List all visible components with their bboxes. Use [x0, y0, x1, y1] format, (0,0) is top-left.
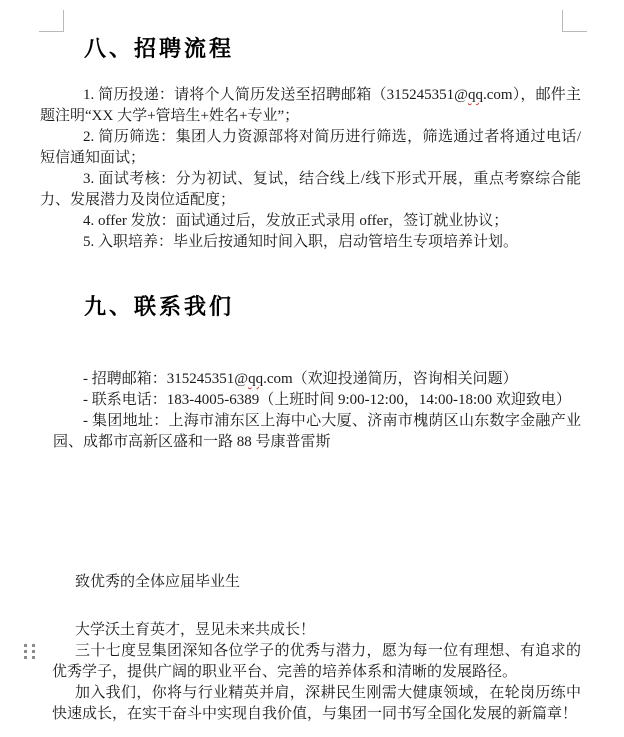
- letter-body: 大学沃土育英才，昱见未来共成长！ 三十七度昱集团深知各位学子的优秀与潜力，愿为每…: [52, 620, 581, 725]
- email-address: 315245351@: [387, 87, 468, 103]
- page-corner-mark-top-left-horizontal: [39, 31, 64, 32]
- contact-item-phone: - 联系电话：183-4005-6389（上班时间 9:00-12:00，14:…: [53, 390, 581, 411]
- contact-item-address: - 集团地址：上海市浦东区上海中心大厦、济南市槐荫区山东数字金融产业园、成都市高…: [53, 411, 581, 453]
- email-address: 315245351@: [167, 371, 248, 387]
- section-heading-contact-us: 九、联系我们: [84, 294, 234, 320]
- letter-paragraph-slogan: 大学沃土育英才，昱见未来共成长！: [52, 620, 581, 641]
- document-page: 八、招聘流程 1. 简历投递：请将个人简历发送至招聘邮箱（315245351@q…: [0, 0, 624, 737]
- letter-paragraph-promise: 三十七度昱集团深知各位学子的优秀与潜力，愿为每一位有理想、有追求的优秀学子，提供…: [52, 641, 581, 683]
- section-heading-recruitment-process: 八、招聘流程: [84, 36, 234, 62]
- contact-item-email: - 招聘邮箱：315245351@qq.com（欢迎投递简历，咨询相关问题）: [53, 369, 581, 390]
- list-item-onboarding-training: 5. 入职培养：毕业后按通知时间入职，启动管培生专项培养计划。: [40, 232, 581, 253]
- letter-salutation: 致优秀的全体应届毕业生: [75, 572, 240, 593]
- list-item-interview-assessment: 3. 面试考核：分为初试、复试，结合线上/线下形式开展，重点考察综合能力、发展潜…: [40, 169, 581, 211]
- contact-info-list: - 招聘邮箱：315245351@qq.com（欢迎投递简历，咨询相关问题） -…: [53, 369, 581, 453]
- drag-handle-dot: [24, 656, 27, 659]
- contact-item-text: （欢迎投递简历，咨询相关问题）: [293, 371, 518, 387]
- paragraph-drag-handle-icon[interactable]: [24, 644, 35, 659]
- drag-handle-dot: [24, 644, 27, 647]
- list-item-resume-screening: 2. 简历筛选：集团人力资源部将对简历进行筛选，筛选通过者将通过电话/短信通知面…: [40, 127, 581, 169]
- letter-paragraph-invitation: 加入我们，你将与行业精英并肩，深耕民生刚需大健康领域，在轮岗历练中快速成长，在实…: [52, 683, 581, 725]
- drag-handle-dot: [32, 650, 35, 653]
- drag-handle-dot: [24, 650, 27, 653]
- email-address-tld: .com: [263, 371, 293, 387]
- list-item-offer-issuance: 4. offer 发放：面试通过后，发放正式录用 offer，签订就业协议；: [40, 211, 581, 232]
- page-corner-mark-top-right-vertical: [562, 10, 563, 32]
- spellcheck-underline: qq: [468, 87, 483, 103]
- email-address-tld: .com: [483, 87, 513, 103]
- drag-handle-dot: [32, 644, 35, 647]
- list-item-text: 1. 简历投递：请将个人简历发送至招聘邮箱（: [83, 87, 387, 103]
- spellcheck-underline: qq: [248, 371, 263, 387]
- drag-handle-dot: [32, 656, 35, 659]
- contact-item-label: - 招聘邮箱：: [83, 371, 167, 387]
- recruitment-steps-list: 1. 简历投递：请将个人简历发送至招聘邮箱（315245351@qq.com），…: [40, 85, 581, 253]
- page-corner-mark-top-right-horizontal: [562, 31, 587, 32]
- list-item-resume-delivery: 1. 简历投递：请将个人简历发送至招聘邮箱（315245351@qq.com），…: [40, 85, 581, 127]
- page-corner-mark-top-left-vertical: [63, 10, 64, 32]
